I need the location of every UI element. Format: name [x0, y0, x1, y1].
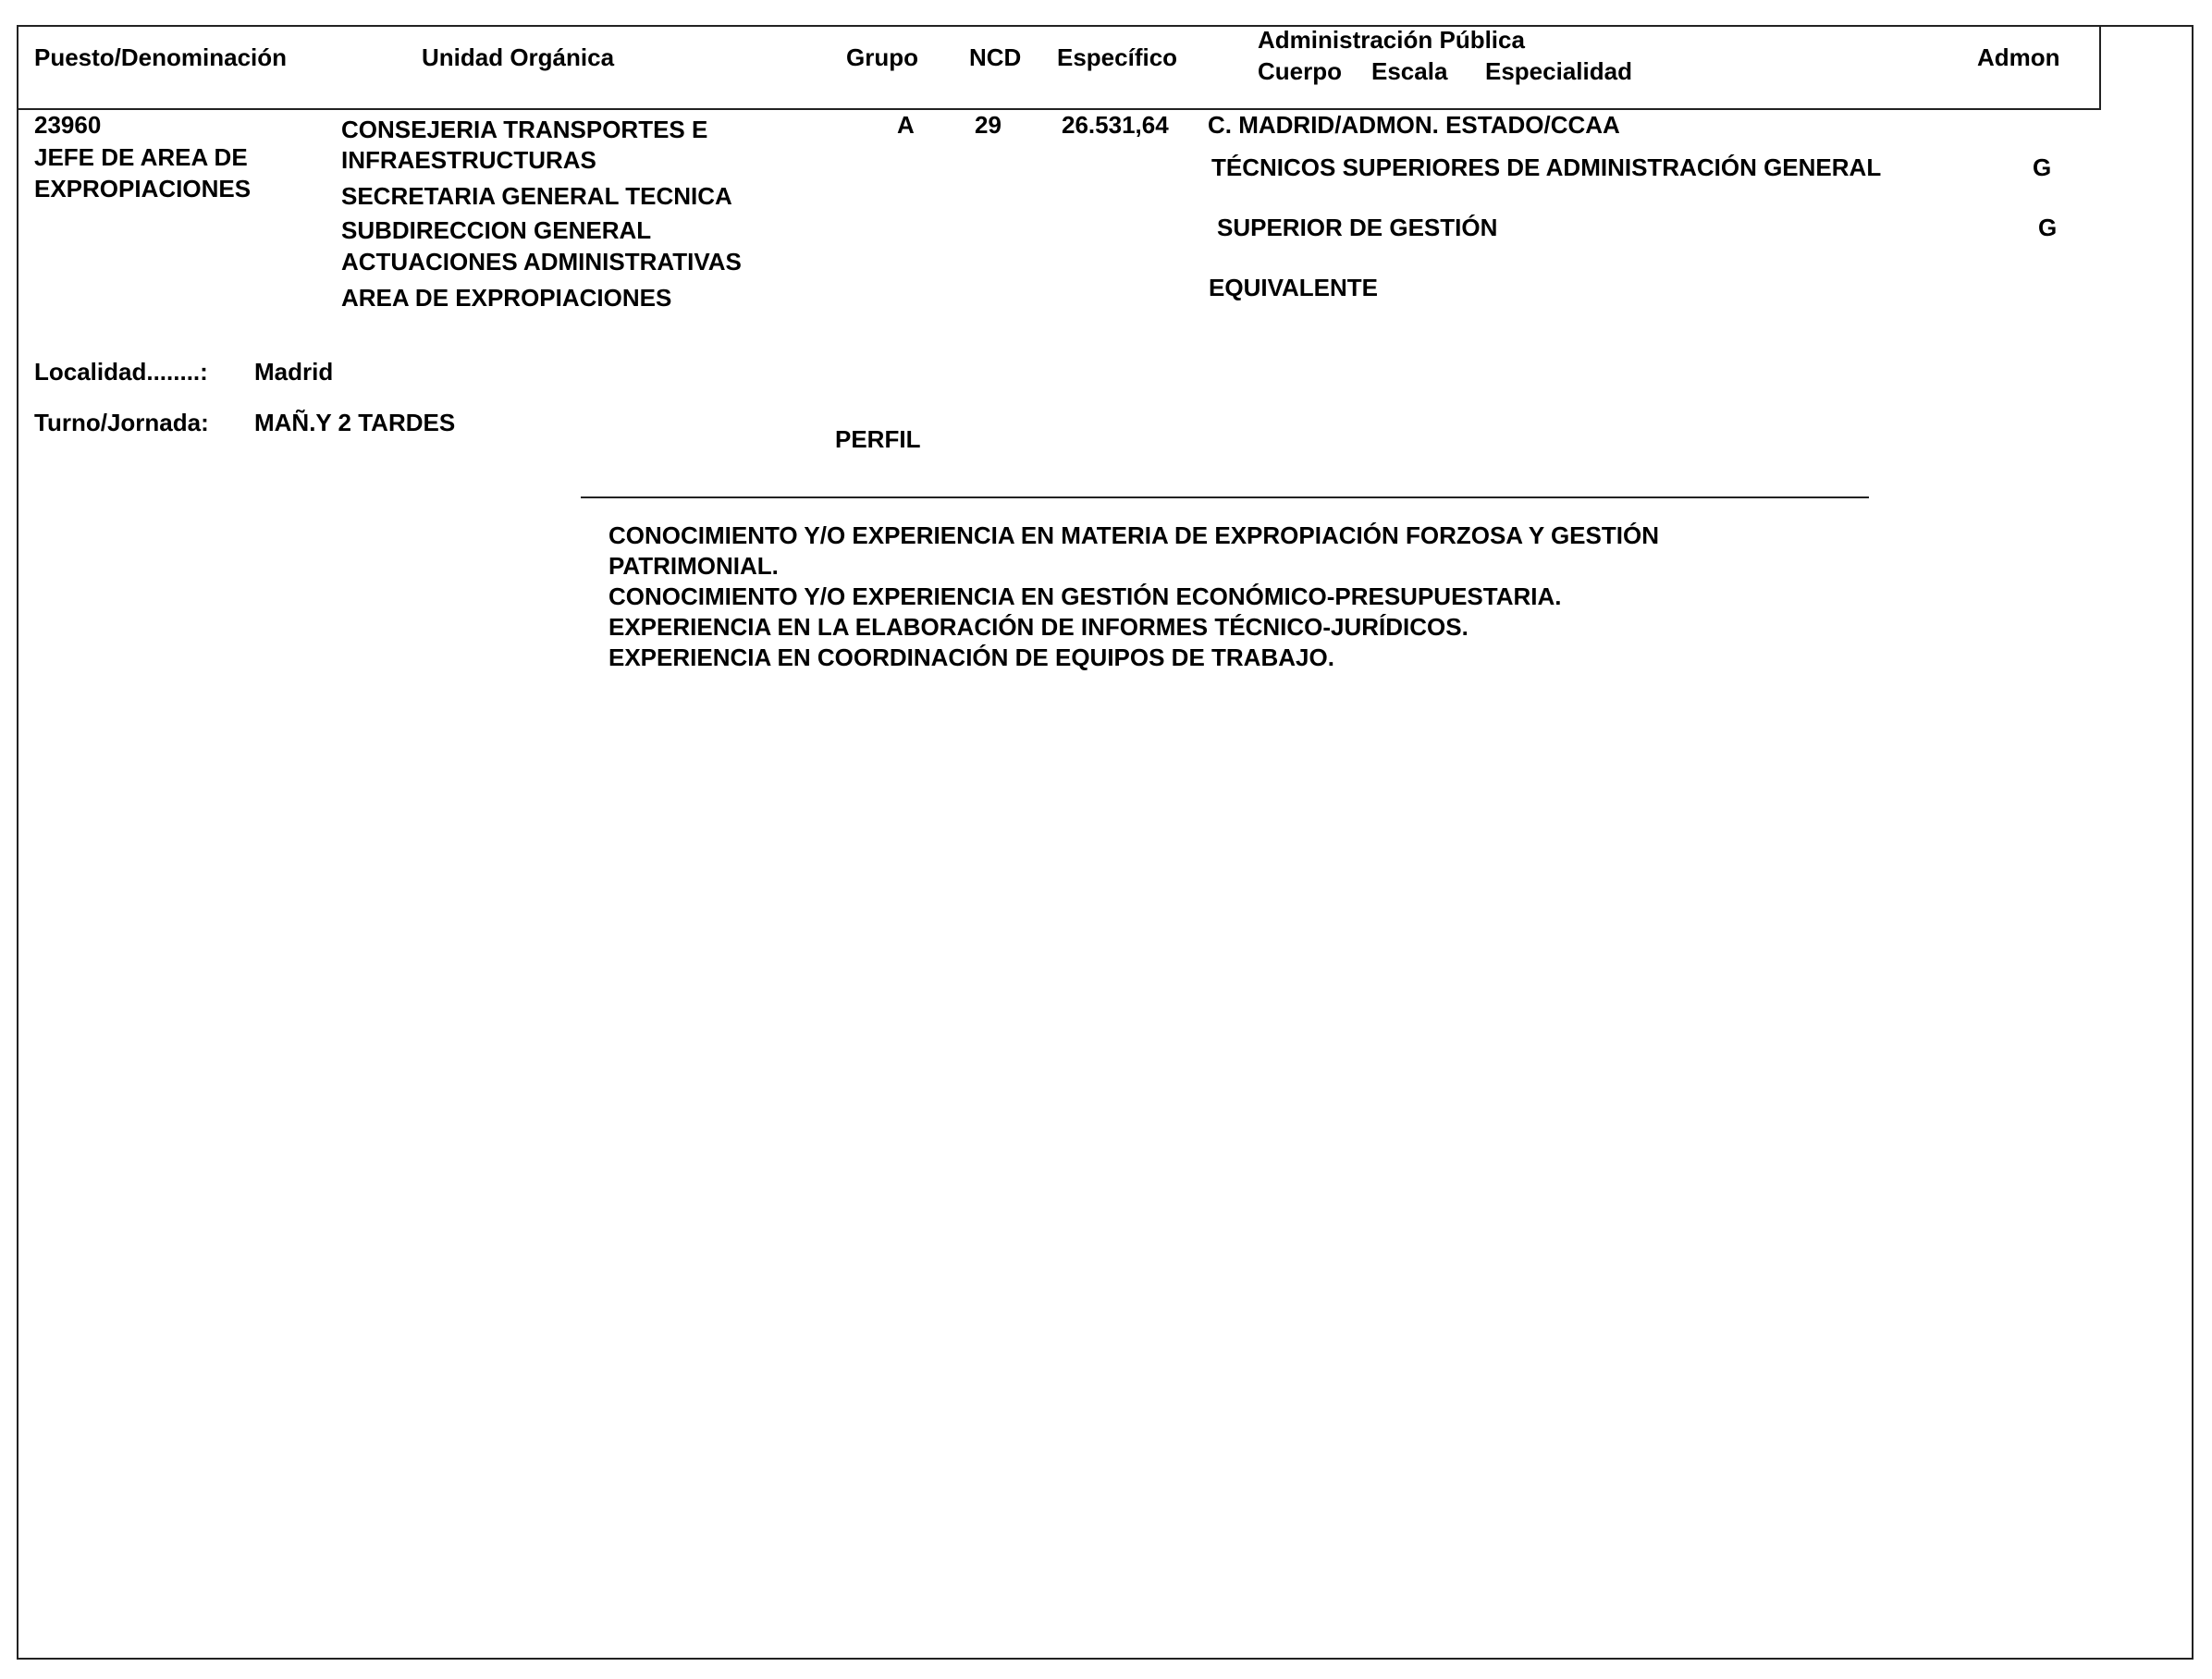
perfil-divider [581, 496, 1869, 498]
turno-value: MAÑ.Y 2 TARDES [254, 411, 455, 435]
header-admon: Admon [1977, 45, 2060, 69]
especialidad-value: EQUIVALENTE [1209, 276, 1378, 300]
turno-label: Turno/Jornada: [34, 411, 209, 435]
puesto-grupo: A [897, 113, 915, 137]
unidad-organica-line: SECRETARIA GENERAL TECNICA [341, 184, 732, 208]
puesto-denominacion-line: EXPROPIACIONES [34, 177, 251, 201]
unidad-organica-line: INFRAESTRUCTURAS [341, 148, 596, 172]
puesto-denominacion-line: JEFE DE AREA DE [34, 145, 248, 169]
localidad-label: Localidad........: [34, 360, 208, 384]
header-grupo: Grupo [846, 45, 918, 69]
header-unidad-organica: Unidad Orgánica [422, 45, 614, 69]
unidad-organica-line: ACTUACIONES ADMINISTRATIVAS [341, 250, 742, 274]
administracion-publica-value: C. MADRID/ADMON. ESTADO/CCAA [1208, 113, 1620, 137]
perfil-line: CONOCIMIENTO Y/O EXPERIENCIA EN GESTIÓN … [608, 584, 1562, 608]
puesto-ncd: 29 [975, 113, 1002, 137]
header-ncd: NCD [969, 45, 1021, 69]
header-especialidad: Especialidad [1485, 59, 1632, 83]
header-administracion-publica: Administración Pública [1258, 28, 1525, 52]
header-cuerpo: Cuerpo [1258, 59, 1342, 83]
unidad-organica-line: CONSEJERIA TRANSPORTES E [341, 117, 707, 141]
puesto-codigo: 23960 [34, 113, 101, 137]
perfil-line: PATRIMONIAL. [608, 554, 779, 578]
cuerpo-value: TÉCNICOS SUPERIORES DE ADMINISTRACIÓN GE… [1211, 155, 1881, 179]
escala-admon-value: G [2038, 215, 2057, 239]
localidad-value: Madrid [254, 360, 333, 384]
perfil-line: EXPERIENCIA EN LA ELABORACIÓN DE INFORME… [608, 615, 1469, 639]
perfil-line: CONOCIMIENTO Y/O EXPERIENCIA EN MATERIA … [608, 523, 1659, 547]
unidad-organica-line: AREA DE EXPROPIACIONES [341, 286, 671, 310]
cuerpo-admon-value: G [2033, 155, 2051, 179]
escala-value: SUPERIOR DE GESTIÓN [1217, 215, 1497, 239]
header-puesto-denominacion: Puesto/Denominación [34, 45, 287, 69]
perfil-line: EXPERIENCIA EN COORDINACIÓN DE EQUIPOS D… [608, 645, 1334, 669]
puesto-especifico: 26.531,64 [1062, 113, 1169, 137]
header-especifico: Específico [1057, 45, 1177, 69]
header-escala: Escala [1371, 59, 1447, 83]
unidad-organica-line: SUBDIRECCION GENERAL [341, 218, 651, 242]
perfil-title: PERFIL [835, 427, 920, 451]
